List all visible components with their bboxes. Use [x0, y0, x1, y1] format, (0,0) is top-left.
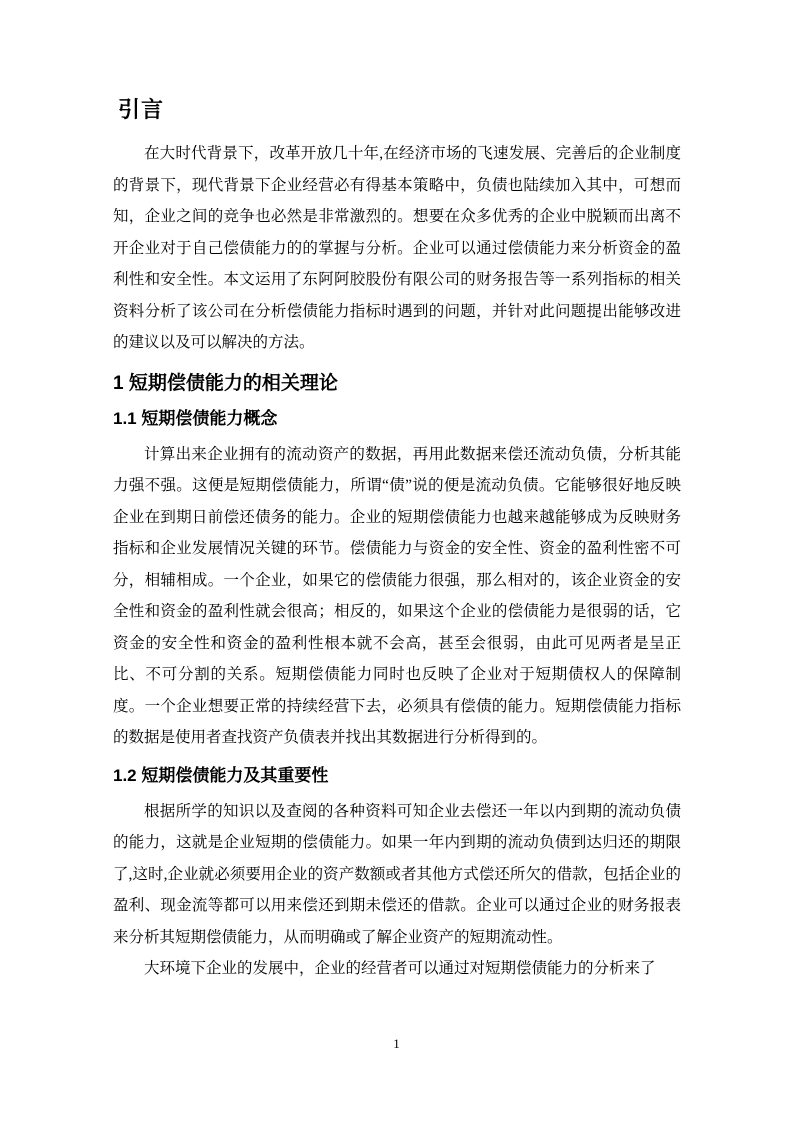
section-1-1-heading: 1.1 短期偿债能力概念	[113, 407, 681, 431]
page-number: 1	[0, 1036, 793, 1052]
section-1-2-paragraph-2: 大环境下企业的发展中，企业的经营者可以通过对短期偿债能力的分析来了	[113, 953, 681, 985]
intro-paragraph: 在大时代背景下，改革开放几十年,在经济市场的飞速发展、完善后的企业制度的背景下，…	[113, 138, 681, 359]
section-1-1-paragraph: 计算出来企业拥有的流动资产的数据，再用此数据来偿还流动负债，分析其能力强不强。这…	[113, 439, 681, 754]
section-1-heading: 1 短期偿债能力的相关理论	[113, 371, 681, 397]
document-page: 引言 在大时代背景下，改革开放几十年,在经济市场的飞速发展、完善后的企业制度的背…	[0, 0, 793, 1122]
section-1-2-paragraph-1: 根据所学的知识以及查阅的各种资料可知企业去偿还一年以内到期的流动负债的能力，这就…	[113, 796, 681, 954]
intro-heading: 引言	[118, 95, 681, 124]
section-1-2-heading: 1.2 短期偿债能力及其重要性	[113, 764, 681, 788]
